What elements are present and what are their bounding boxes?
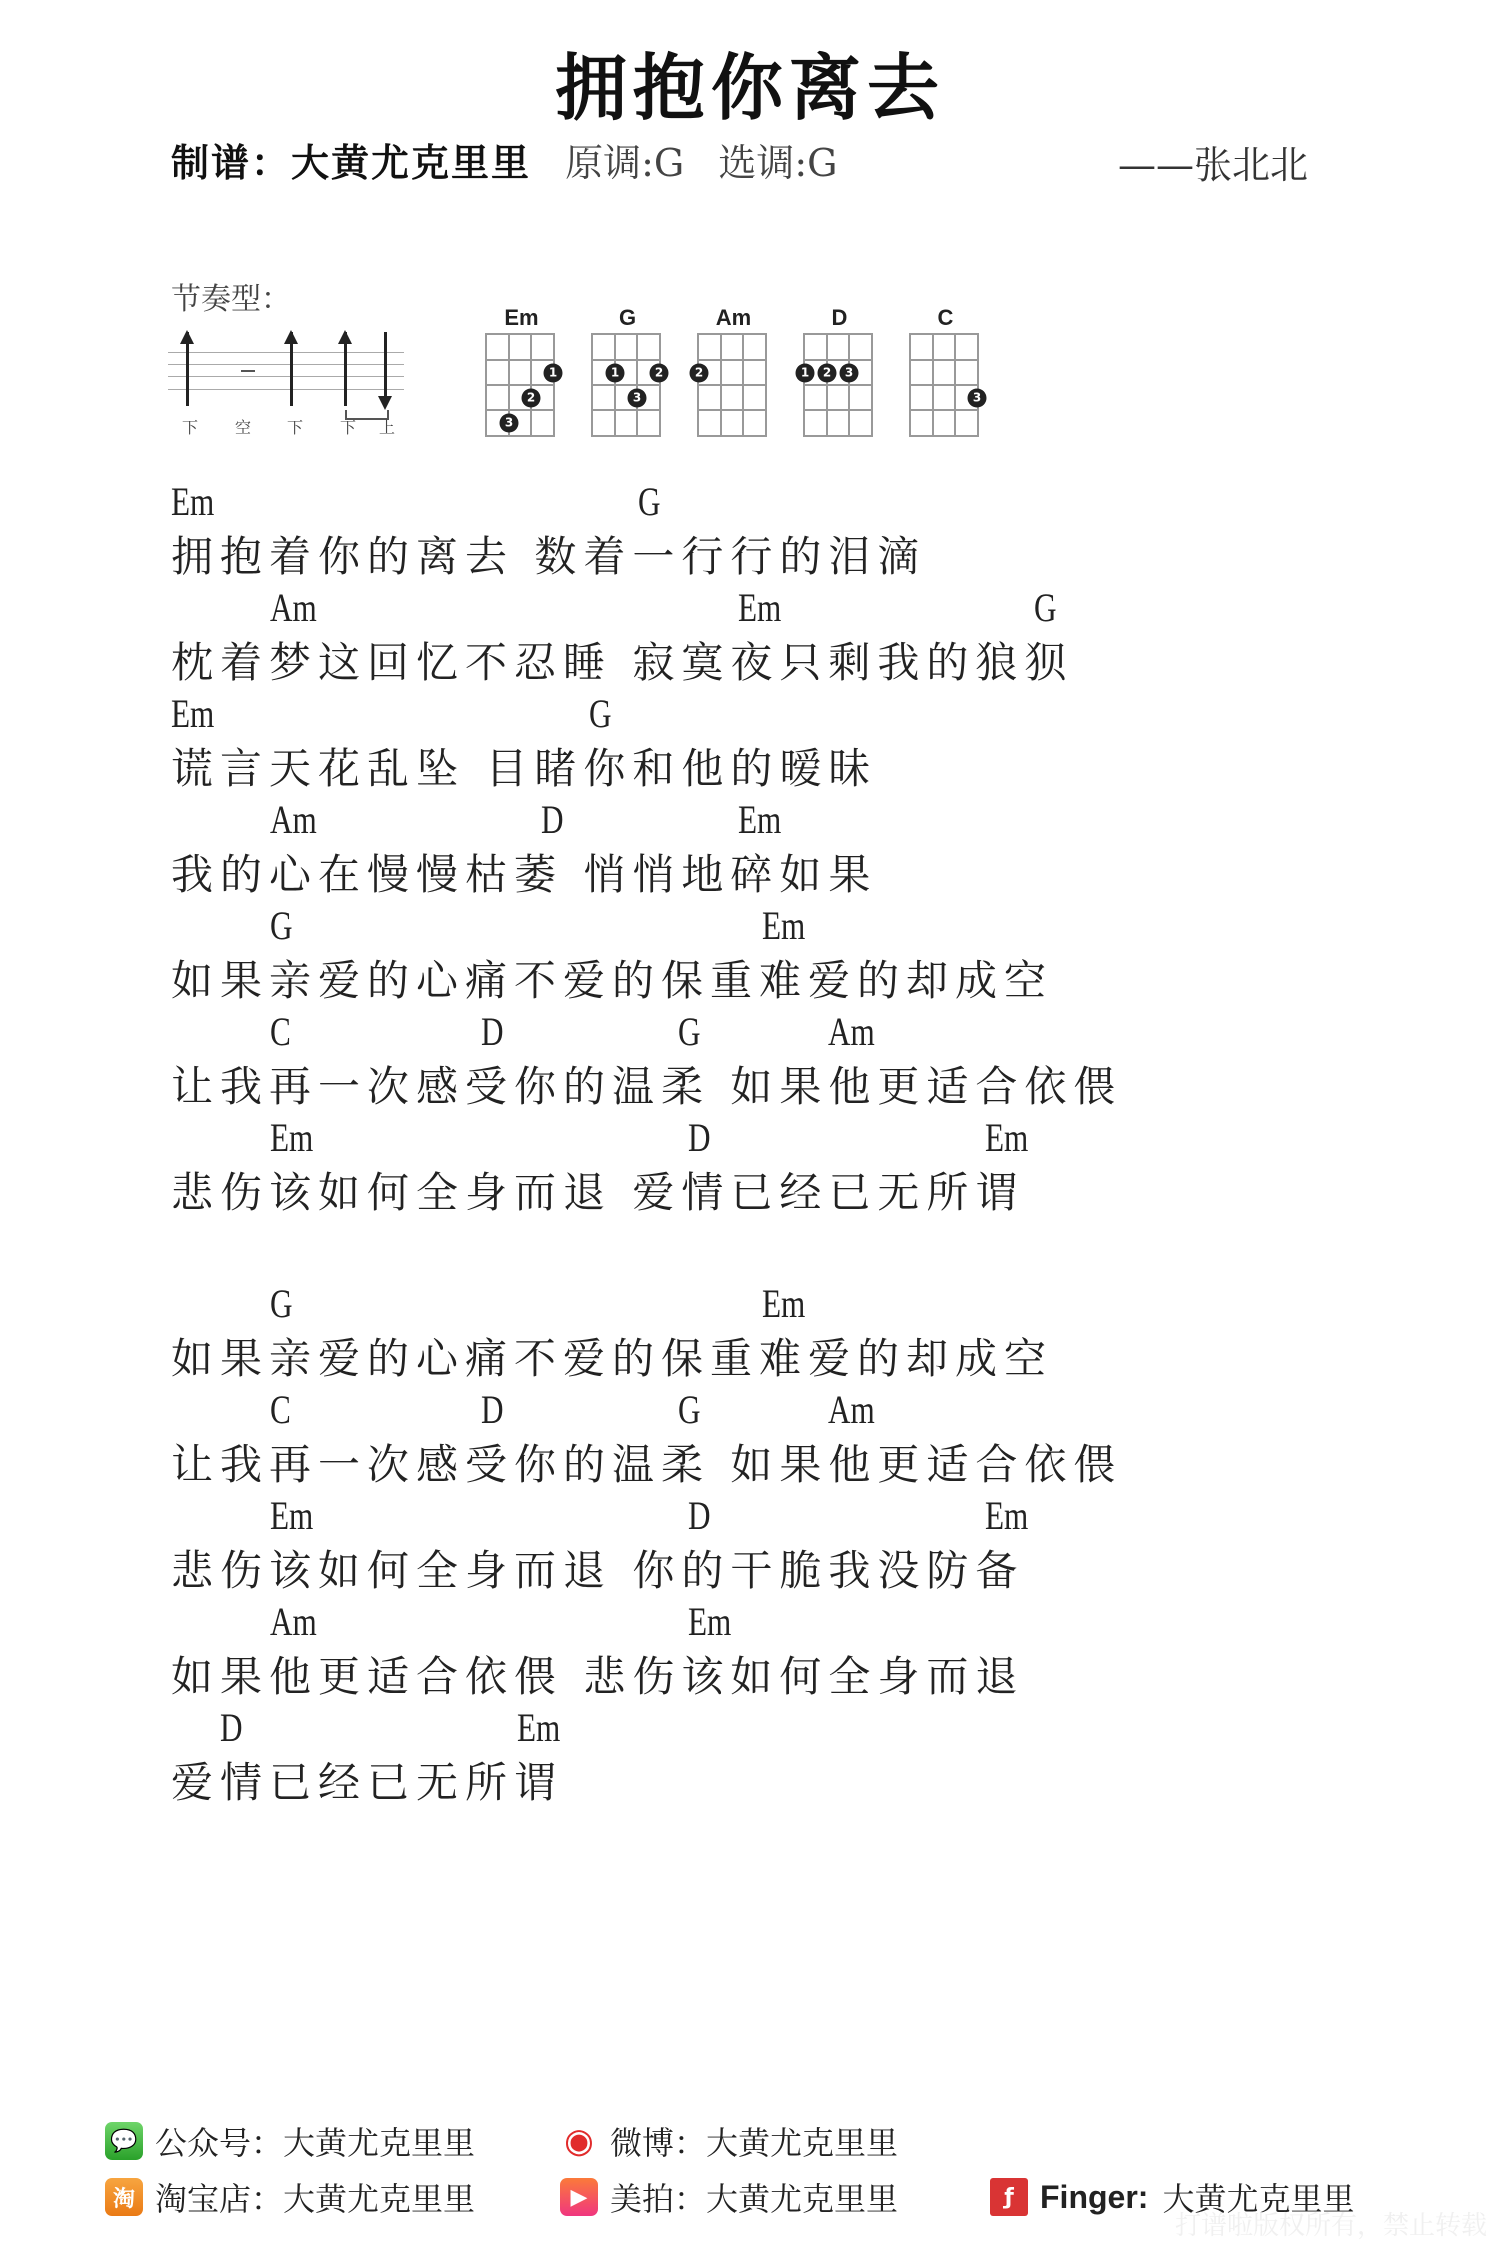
- fretboard-grid: 2: [697, 333, 767, 437]
- chord-label: Em: [270, 1492, 313, 1539]
- finger-dot-icon: 2: [818, 363, 837, 382]
- strum-arrow-down-icon: [384, 332, 387, 406]
- chord-label: Em: [738, 796, 781, 843]
- chord-diagram-name: D: [803, 305, 876, 333]
- chord-label: Em: [762, 902, 805, 949]
- chord-label: D: [541, 796, 564, 843]
- finger-dot-icon: 2: [522, 388, 541, 407]
- rest-icon: [241, 370, 255, 372]
- chord-label: G: [1034, 584, 1057, 631]
- chord-label: C: [270, 1386, 291, 1433]
- fretboard-grid: 123: [803, 333, 873, 437]
- lyric-text: 让我再一次感受你的温柔 如果他更适合依偎: [171, 1432, 1122, 1492]
- lyric-text: 拥抱着你的离去 数着一行行的泪滴: [171, 524, 926, 584]
- finger-dot-icon: 3: [968, 388, 987, 407]
- lyric-text: 爱情已经已无所谓: [171, 1750, 563, 1810]
- weibo-label: 微博：大黄尤克里里: [610, 2118, 898, 2164]
- chord-label: D: [688, 1492, 711, 1539]
- finger-dot-icon: 2: [650, 363, 669, 382]
- chord-label: Em: [985, 1114, 1028, 1161]
- chord-diagram-am: Am2: [697, 305, 770, 437]
- chord-diagram-c: C3: [909, 305, 982, 437]
- artist: ——张北北: [1118, 134, 1308, 189]
- lyric-text: 如果他更适合依偎 悲伤该如何全身而退: [171, 1644, 1024, 1704]
- chord-diagram-g: G123: [591, 305, 664, 437]
- lyric-text: 悲伤该如何全身而退 爱情已经已无所谓: [171, 1160, 1024, 1220]
- selected-key: 选调:G: [718, 141, 837, 185]
- song-title: 拥抱你离去: [0, 30, 1500, 134]
- finger-dot-icon: 1: [796, 363, 815, 382]
- chord-label: G: [270, 902, 293, 949]
- arranger: 制谱：大黄尤克里里: [171, 141, 531, 185]
- chord-label: Em: [171, 690, 214, 737]
- chord-diagram-name: G: [591, 305, 664, 333]
- chord-label: Em: [270, 1114, 313, 1161]
- footer-meipai: ▶ 美拍：大黄尤克里里: [560, 2174, 898, 2220]
- strum-arrow-up-icon: [344, 332, 347, 406]
- finger-dot-icon: 1: [544, 363, 563, 382]
- taobao-icon: 淘: [105, 2178, 143, 2216]
- chord-label: G: [678, 1008, 701, 1055]
- finger-dot-icon: 3: [840, 363, 859, 382]
- chord-label: Em: [688, 1598, 731, 1645]
- chord-label: Am: [270, 796, 317, 843]
- chord-diagram-d: D123: [803, 305, 876, 437]
- stroke-label: 空: [235, 415, 251, 438]
- strum-arrow-up-icon: [186, 332, 189, 406]
- finger-icon: ƒ: [990, 2178, 1028, 2216]
- meipai-label: 美拍：大黄尤克里里: [610, 2174, 898, 2220]
- chord-label: G: [589, 690, 612, 737]
- chord-label: G: [270, 1280, 293, 1327]
- finger-dot-icon: 3: [628, 388, 647, 407]
- chord-label: Em: [762, 1280, 805, 1327]
- fretboard-grid: 123: [485, 333, 555, 437]
- staff-lines: [168, 352, 404, 390]
- chord-label: Am: [828, 1386, 875, 1433]
- stroke-label: 下: [287, 415, 303, 438]
- chord-label: Em: [738, 584, 781, 631]
- chord-diagrams: Em123G123Am2D123C3: [485, 305, 982, 437]
- finger-prefix: Finger:: [1040, 2179, 1148, 2216]
- wechat-icon: 💬: [105, 2122, 143, 2160]
- footer-wechat: 💬 公众号：大黄尤克里里: [105, 2118, 475, 2164]
- chord-label: D: [220, 1704, 243, 1751]
- chord-label: G: [638, 478, 661, 525]
- strum-arrow-up-icon: [290, 332, 293, 406]
- fretboard-grid: 3: [909, 333, 979, 437]
- lyric-text: 悲伤该如何全身而退 你的干脆我没防备: [171, 1538, 1024, 1598]
- chord-diagram-name: Am: [697, 305, 770, 333]
- chord-label: Em: [171, 478, 214, 525]
- chord-label: Am: [270, 584, 317, 631]
- chord-label: D: [481, 1386, 504, 1433]
- rhythm-label: 节奏型：: [171, 274, 291, 318]
- chord-label: G: [678, 1386, 701, 1433]
- lyric-text: 我的心在慢慢枯萎 悄悄地碎如果: [171, 842, 877, 902]
- chord-label: Em: [517, 1704, 560, 1751]
- wechat-label: 公众号：大黄尤克里里: [155, 2118, 475, 2164]
- chord-diagram-name: C: [909, 305, 982, 333]
- chord-diagram-em: Em123: [485, 305, 558, 437]
- chord-label: C: [270, 1008, 291, 1055]
- finger-dot-icon: 1: [606, 363, 625, 382]
- taobao-label: 淘宝店：大黄尤克里里: [155, 2174, 475, 2220]
- lyric-text: 如果亲爱的心痛不爱的保重难爱的却成空: [171, 1326, 1053, 1386]
- meipai-icon: ▶: [560, 2178, 598, 2216]
- footer-weibo: ◉ 微博：大黄尤克里里: [560, 2118, 898, 2164]
- chord-label: D: [481, 1008, 504, 1055]
- stroke-label: 下: [182, 415, 198, 438]
- lyric-text: 让我再一次感受你的温柔 如果他更适合依偎: [171, 1054, 1122, 1114]
- weibo-icon: ◉: [560, 2122, 598, 2160]
- fretboard-grid: 123: [591, 333, 661, 437]
- chord-label: Am: [828, 1008, 875, 1055]
- footer-taobao: 淘 淘宝店：大黄尤克里里: [105, 2174, 475, 2220]
- meta-line: 制谱：大黄尤克里里 原调:G 选调:G: [171, 132, 838, 187]
- stroke-label: 下: [340, 415, 356, 438]
- original-key: 原调:G: [565, 141, 684, 185]
- chord-diagram-name: Em: [485, 305, 558, 333]
- finger-dot-icon: 3: [500, 413, 519, 432]
- chord-label: D: [688, 1114, 711, 1161]
- finger-dot-icon: 2: [690, 363, 709, 382]
- chord-label: Em: [985, 1492, 1028, 1539]
- stroke-label: 上: [379, 415, 395, 438]
- lyric-text: 如果亲爱的心痛不爱的保重难爱的却成空: [171, 948, 1053, 1008]
- watermark: 打谱啦版权所有，禁止转载: [1175, 2205, 1487, 2242]
- chord-label: Am: [270, 1598, 317, 1645]
- lyric-text: 枕着梦这回忆不忍睡 寂寞夜只剩我的狼狈: [171, 630, 1073, 690]
- lyric-text: 谎言天花乱坠 目睹你和他的暧昧: [171, 736, 877, 796]
